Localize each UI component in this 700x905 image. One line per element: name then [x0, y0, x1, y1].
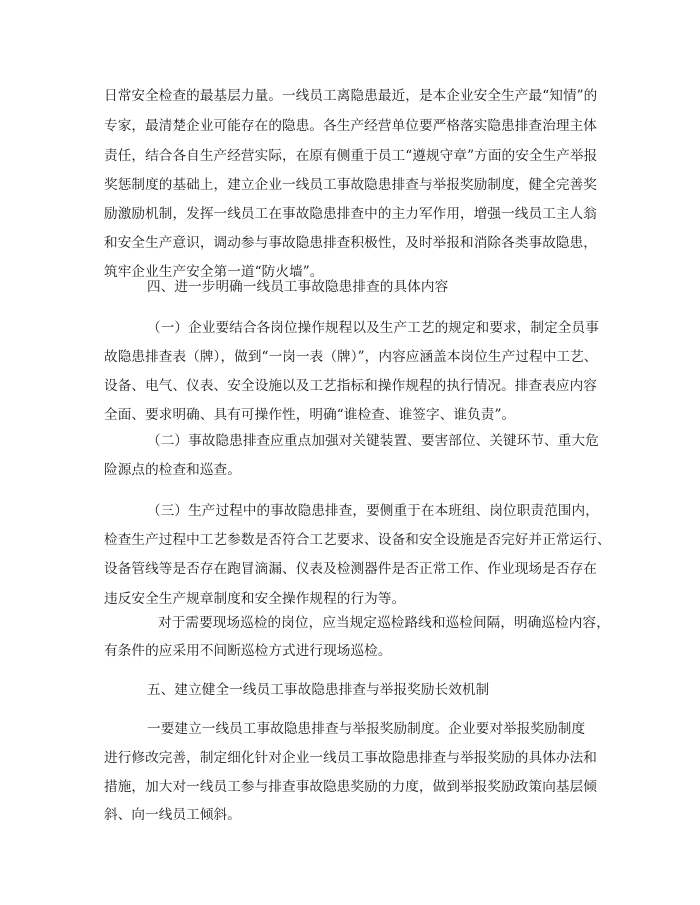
paragraph-line: 一要建立一线员工事故隐患排查与举报奖励制度。企业要对举报奖励制度: [147, 719, 585, 739]
paragraph-line: 检查生产过程中工艺参数是否符合工艺要求、设备和安全设施是否完好并正常运行、: [104, 530, 611, 550]
paragraph-line: 对于需要现场巡检的岗位，应当规定巡检路线和巡检间隔，明确巡检内容，: [158, 613, 610, 633]
paragraph-line: 措施，加大对一线员工参与排查事故隐患奖励的力度，做到举报奖励政策向基层倾: [104, 777, 597, 797]
paragraph-line: 励激励机制，发挥一线员工在事故隐患排查中的主力军作用，增强一线员工主人翁: [104, 204, 597, 224]
section-heading: 五、建立健全一线员工事故隐患排查与举报奖励长效机制: [147, 680, 489, 700]
paragraph-line: 设备、电气、仪表、安全设施以及工艺指标和操作规程的执行情况。排查表应内容: [104, 376, 597, 396]
paragraph-line: 险源点的检查和巡查。: [104, 460, 241, 480]
paragraph-line: （三）生产过程中的事故隐患排查，要侧重于在本班组、岗位职责范围内，: [147, 501, 599, 521]
paragraph-line: 有条件的应采用不间断巡检方式进行现场巡检。: [104, 641, 392, 661]
paragraph-line: 和安全生产意识，调动参与事故隐患排查积极性，及时举报和消除各类事故隐患，: [104, 233, 597, 253]
paragraph-line: 进行修改完善，制定细化针对企业一线员工事故隐患排查与举报奖励的具体办法和: [104, 748, 597, 768]
section-heading: 四、进一步明确一线员工事故隐患排查的具体内容: [147, 277, 448, 297]
paragraph-line: 违反安全生产规章制度和安全操作规程的行为等。: [104, 589, 405, 609]
paragraph-line: （二）事故隐患排查应重点加强对关键装置、要害部位、关键环节、重大危: [147, 431, 599, 451]
paragraph-line: 奖惩制度的基础上，建立企业一线员工事故隐患排查与举报奖励制度，健全完善奖: [104, 175, 597, 195]
paragraph-line: 日常安全检查的最基层力量。一线员工离隐患最近，是本企业安全生产最“知情”的: [104, 86, 597, 106]
paragraph-line: 专家，最清楚企业可能存在的隐患。各生产经营单位要严格落实隐患排查治理主体: [104, 116, 597, 136]
paragraph-line: （一）企业要结合各岗位操作规程以及生产工艺的规定和要求，制定全员事: [147, 318, 599, 338]
paragraph-line: 斜、向一线员工倾斜。: [104, 805, 241, 825]
paragraph-line: 责任，结合各自生产经营实际，在原有侧重于员工“遵规守章”方面的安全生产举报: [104, 146, 597, 166]
paragraph-line: 设备管线等是否存在跑冒滴漏、仪表及检测器件是否正常工作、作业现场是否存在: [104, 559, 597, 579]
paragraph-line: 故隐患排查表（牌），做到“一岗一表（牌）”，内容应涵盖本岗位生产过程中工艺、: [104, 347, 597, 367]
paragraph-line: 全面、要求明确、具有可操作性，明确“谁检查、谁签字、谁负责”。: [104, 405, 515, 425]
